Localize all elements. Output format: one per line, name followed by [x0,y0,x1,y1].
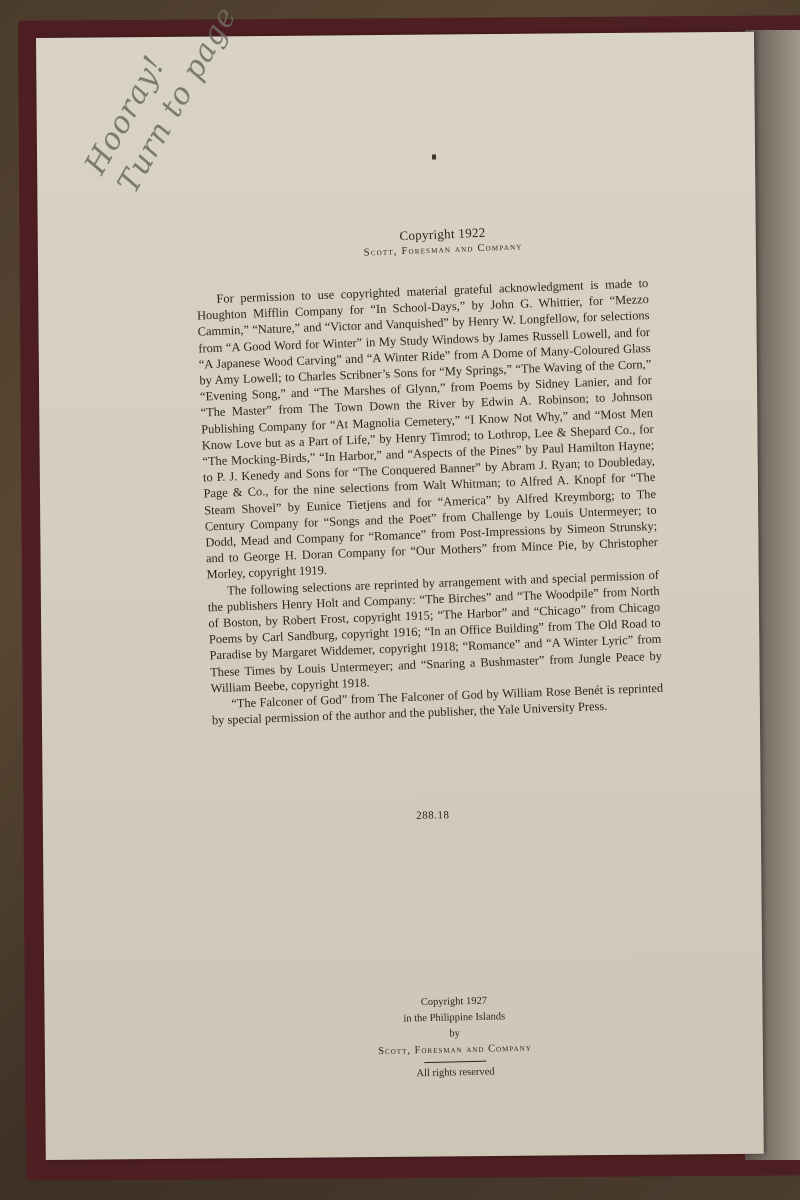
acknowledgment-paragraph: For permission to use copyrighted materi… [196,275,658,583]
ink-speck [432,155,436,160]
top-copyright-block: Copyright 1922 Scott, Foresman and Compa… [222,218,663,265]
acknowledgment-text: For permission to use copyrighted materi… [196,275,664,729]
rights-line: All rights reserved [335,1063,575,1084]
bottom-copyright-block: Copyright 1927 in the Philippine Islands… [334,992,576,1084]
acknowledgment-paragraph: The following selections are reprinted b… [207,567,663,697]
catalog-number: 288.18 [373,808,493,822]
copyright-page: Hooray! Turn to page 73 Copyright 1922 S… [36,32,764,1160]
divider-rule [424,1061,486,1063]
